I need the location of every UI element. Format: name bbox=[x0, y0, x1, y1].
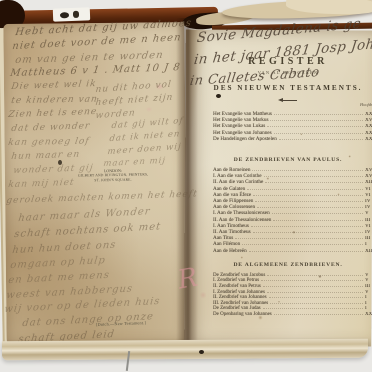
dotted-leader bbox=[265, 182, 363, 183]
book-title: De Openbaring van Johannes bbox=[213, 312, 272, 317]
dotted-leader bbox=[273, 220, 363, 221]
dotted-leader bbox=[267, 275, 363, 276]
spine-label bbox=[53, 7, 90, 21]
dotted-leader bbox=[274, 114, 363, 115]
label-mark bbox=[60, 12, 69, 18]
register-heading: DES NIEUWEN TESTAMENTS. bbox=[213, 84, 363, 92]
register-title: REGISTER bbox=[213, 56, 363, 67]
dotted-leader bbox=[269, 297, 363, 298]
register-subtitle: VAN AL DE BOEKEN bbox=[213, 70, 363, 75]
book-title: II. Zendbrief van Petrus bbox=[213, 284, 261, 289]
ink-speck bbox=[199, 350, 204, 354]
ink-speck bbox=[58, 160, 62, 165]
register-section: DE ZENDBRIEVEN VAN PAULUS.Aan de Romeine… bbox=[213, 157, 363, 254]
handwriting-line: te kinderen van bbox=[10, 94, 98, 106]
chapter-count: V bbox=[365, 211, 372, 216]
book-title: I. Aan de Thessalonicensen bbox=[213, 211, 270, 216]
dotted-leader bbox=[263, 308, 363, 309]
dotted-leader bbox=[242, 244, 363, 245]
register-section: Het Evangelie van MattheusXXVIIIHet Evan… bbox=[213, 112, 363, 142]
register-item: I. Zendbrief van PetrusV bbox=[213, 278, 363, 283]
chapter-count: I bbox=[365, 295, 372, 300]
register-item: Het Evangelie van LukasXXIV bbox=[213, 124, 363, 129]
column-header: Hoofdst. bbox=[360, 102, 372, 107]
dotted-leader bbox=[249, 251, 363, 252]
register-item: II. Aan die van CorintheXIII bbox=[213, 180, 363, 185]
dotted-leader bbox=[279, 139, 363, 140]
dotted-leader bbox=[270, 120, 363, 121]
dotted-leader bbox=[264, 176, 363, 177]
dotted-leader bbox=[247, 189, 363, 190]
register-sections: Het Evangelie van MattheusXXVIIIHet Evan… bbox=[213, 112, 363, 317]
register-item: De Handelingen der ApostelenXXVIII bbox=[213, 137, 363, 142]
dotted-leader bbox=[252, 170, 363, 171]
dotted-leader bbox=[274, 133, 363, 134]
chapter-count: XXIV bbox=[365, 124, 372, 129]
book-title: I. Zendbrief van Petrus bbox=[213, 278, 259, 283]
register-item: II. Aan TimotheusIV bbox=[213, 230, 363, 235]
label-mark bbox=[73, 11, 79, 18]
chapter-count: V bbox=[365, 290, 372, 295]
register-page-content: REGISTER VAN AL DE BOEKEN DES NIEUWEN TE… bbox=[213, 56, 363, 321]
chapter-count: III bbox=[365, 236, 372, 241]
register-item: Aan FilémonI bbox=[213, 242, 363, 247]
chapter-count: XXVIII bbox=[365, 112, 372, 117]
chapter-count: III bbox=[365, 218, 372, 223]
chapter-count: I bbox=[365, 301, 372, 306]
bottom-page-edges bbox=[2, 339, 368, 361]
book-title: Het Evangelie van Lukas bbox=[213, 124, 265, 129]
register-item: I. Zendbrief van JohannesV bbox=[213, 290, 363, 295]
dotted-leader bbox=[261, 280, 363, 281]
dotted-leader bbox=[251, 226, 363, 227]
dotted-leader bbox=[274, 314, 363, 315]
arrow-ornament bbox=[278, 98, 298, 102]
section-heading: DE ZENDBRIEVEN VAN PAULUS. bbox=[213, 157, 363, 163]
dotted-leader bbox=[267, 292, 363, 293]
chapter-count: VI bbox=[365, 187, 372, 192]
arrow-line bbox=[281, 100, 297, 101]
dotted-leader bbox=[257, 207, 363, 208]
chapter-count: XVI bbox=[365, 174, 372, 179]
chapter-count: VI bbox=[365, 193, 372, 198]
register-item: I. Aan de ThessalonicensenV bbox=[213, 211, 363, 216]
chapter-count: V bbox=[365, 273, 372, 278]
chapter-count: XVI bbox=[365, 168, 372, 173]
chapter-count: XVI bbox=[365, 118, 372, 123]
book-photo: Hebt acht dat gij uw aalmoesniet doet vo… bbox=[0, 0, 372, 372]
printer-imprint: LONDON:GILBERT AND RIVINGTON, PRINTERS,S… bbox=[78, 167, 148, 182]
handwriting-line: kan genoeg lof bbox=[7, 137, 90, 148]
chapter-count: XXI bbox=[365, 131, 372, 136]
book-title: De Zendbrief van Judas bbox=[213, 306, 261, 311]
register-item: Aan de HebreënXIII bbox=[213, 249, 363, 254]
chapter-count: XXVIII bbox=[365, 137, 372, 142]
chapter-count: IV bbox=[365, 199, 372, 204]
book-title: II. Aan die van Corinthe bbox=[213, 180, 263, 185]
chapter-count: VI bbox=[365, 224, 372, 229]
register-item: II. Zendbrief van PetrusIII bbox=[213, 284, 363, 289]
book-title: Aan de Hebreën bbox=[213, 249, 247, 254]
dotted-leader bbox=[263, 286, 363, 287]
dotted-leader bbox=[267, 126, 363, 127]
register-section: DE ALGEMEENE ZENDBRIEVEN.De Zendbrief va… bbox=[213, 262, 363, 317]
register-item: De Zendbrief van JudasI bbox=[213, 306, 363, 311]
dotted-leader bbox=[253, 232, 363, 233]
dotted-leader bbox=[253, 195, 363, 196]
chapter-count: XXII bbox=[365, 312, 372, 317]
register-item: De Openbaring van JohannesXXII bbox=[213, 312, 363, 317]
chapter-count: IV bbox=[365, 230, 372, 235]
chapter-count: IV bbox=[365, 205, 372, 210]
chapter-count: III bbox=[365, 284, 372, 289]
chapter-count: XIII bbox=[365, 180, 372, 185]
chapter-count: I bbox=[365, 242, 372, 247]
dotted-leader bbox=[270, 303, 363, 304]
register-item: II. Zendbrief van JohannesI bbox=[213, 295, 363, 300]
chapter-count: XIII bbox=[365, 249, 372, 254]
dotted-leader bbox=[235, 238, 363, 239]
dotted-leader bbox=[255, 201, 363, 202]
chapter-count: I bbox=[365, 306, 372, 311]
chapter-count: V bbox=[365, 278, 372, 283]
ink-speck bbox=[216, 94, 221, 98]
book-title: De Handelingen der Apostelen bbox=[213, 137, 277, 142]
dotted-leader bbox=[272, 213, 363, 214]
book-title: II. Zendbrief van Johannes bbox=[213, 295, 267, 300]
book-title: I. Zendbrief van Johannes bbox=[213, 290, 265, 295]
book-title: Aan Filémon bbox=[213, 242, 240, 247]
section-heading: DE ALGEMEENE ZENDBRIEVEN. bbox=[213, 262, 363, 268]
